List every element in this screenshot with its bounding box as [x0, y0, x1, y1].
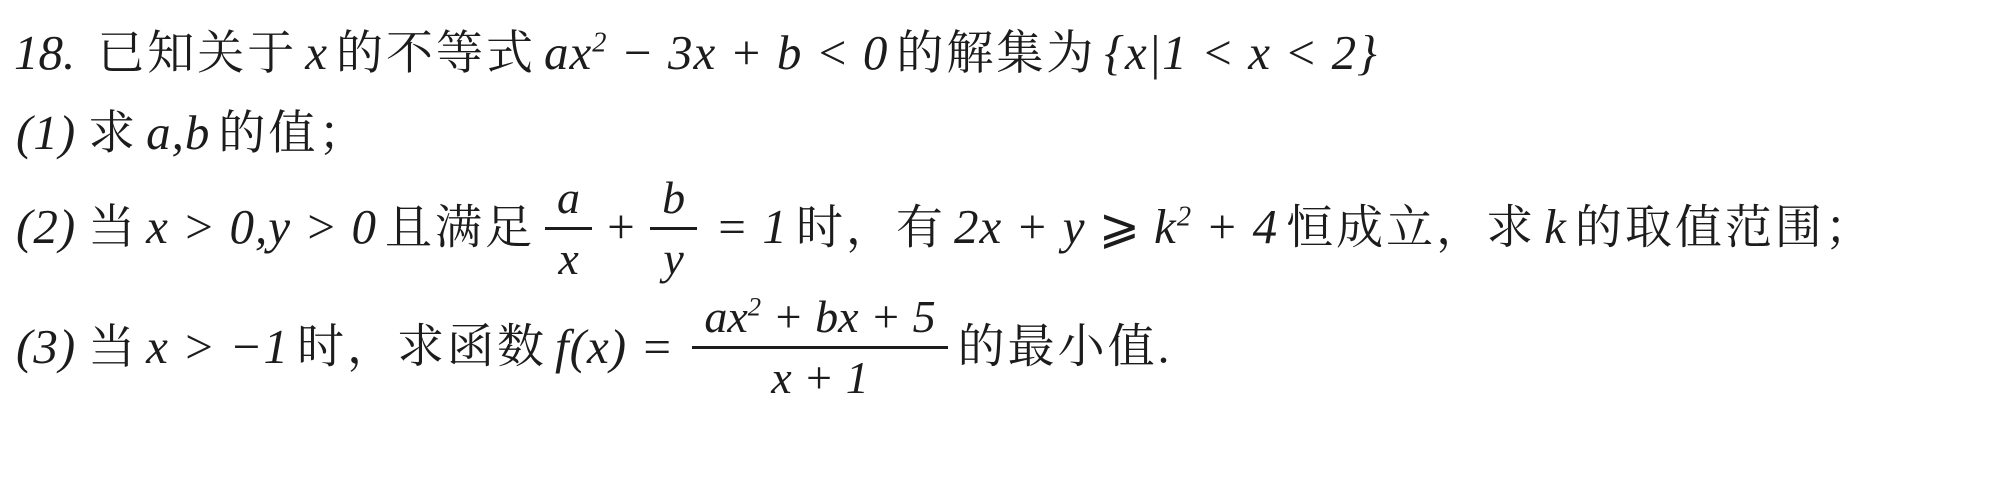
solution-set: {x|1 < x < 2}: [1104, 25, 1377, 80]
part-2-text-2: 且满足: [385, 202, 535, 254]
part-2-text-3: 时，有: [796, 202, 946, 254]
variables-a-b: a,b: [146, 105, 210, 160]
statement-line: 18.已知关于x的不等式ax2 − 3x + b < 0的解集为{x|1 < x…: [14, 22, 1990, 84]
part-3-text-1: 当: [88, 322, 138, 374]
part-3-line: (3)当x > −1时，求函数f(x) =ax2 + bx + 5x + 1的最…: [14, 297, 1990, 407]
equals-one: = 1: [715, 199, 788, 254]
function-definition: f(x) =: [555, 319, 674, 374]
fraction-denominator: x + 1: [692, 346, 947, 402]
numerator-rest: + bx + 5: [761, 291, 936, 342]
part-1-text-2: 的值；: [218, 108, 368, 160]
inequality-exponent: 2: [592, 28, 607, 59]
condition-x: x > −1: [146, 319, 289, 374]
inequality-right: + 4: [1192, 199, 1278, 254]
statement-text-1: 已知关于: [97, 28, 297, 80]
fraction-b-over-y: by: [650, 174, 697, 284]
numerator-base: ax: [704, 291, 747, 342]
problem-number: 18.: [14, 25, 75, 80]
fraction-quadratic: ax2 + bx + 5x + 1: [692, 293, 947, 403]
fraction-a-over-x: ax: [545, 174, 592, 284]
inequality-expression: ax2 − 3x + b < 0: [544, 25, 888, 80]
fraction-numerator: a: [545, 174, 592, 227]
fraction-denominator: y: [650, 227, 697, 283]
part-3-text-2: 时，求函数: [297, 322, 547, 374]
part-1-line: (1)求a,b的值；: [14, 102, 1990, 164]
fraction-numerator: b: [650, 174, 697, 227]
k-exponent: 2: [1177, 202, 1192, 233]
inequality-2x-y: 2x + y ⩾ k2 + 4: [954, 199, 1278, 254]
inequality-left: 2x + y ⩾ k: [954, 199, 1177, 254]
part-2-line: (2)当x > 0,y > 0且满足ax+by= 1时，有2x + y ⩾ k2…: [14, 178, 1990, 288]
statement-text-2: 的不等式: [336, 28, 536, 80]
part-3-text-3: 的最小值.: [958, 322, 1173, 374]
math-problem-page: 18.已知关于x的不等式ax2 − 3x + b < 0的解集为{x|1 < x…: [0, 0, 2000, 499]
fraction-numerator: ax2 + bx + 5: [692, 293, 947, 346]
conditions-x-y: x > 0,y > 0: [146, 199, 377, 254]
part-2-label: (2): [16, 199, 76, 254]
part-2-text-4: 恒成立，求: [1286, 202, 1536, 254]
fraction-denominator: x: [545, 227, 592, 283]
inequality-base: ax: [544, 25, 592, 80]
inequality-rest: − 3x + b < 0: [607, 25, 888, 80]
part-3-label: (3): [16, 319, 76, 374]
part-2-text-5: 的取值范围；: [1575, 202, 1875, 254]
part-1-label: (1): [16, 105, 76, 160]
plus-operator: +: [604, 199, 638, 254]
part-1-text-1: 求: [88, 108, 138, 160]
variable-k: k: [1544, 199, 1567, 254]
variable-x: x: [305, 25, 328, 80]
numerator-exponent: 2: [748, 292, 761, 322]
statement-text-3: 的解集为: [896, 28, 1096, 80]
part-2-text-1: 当: [88, 202, 138, 254]
